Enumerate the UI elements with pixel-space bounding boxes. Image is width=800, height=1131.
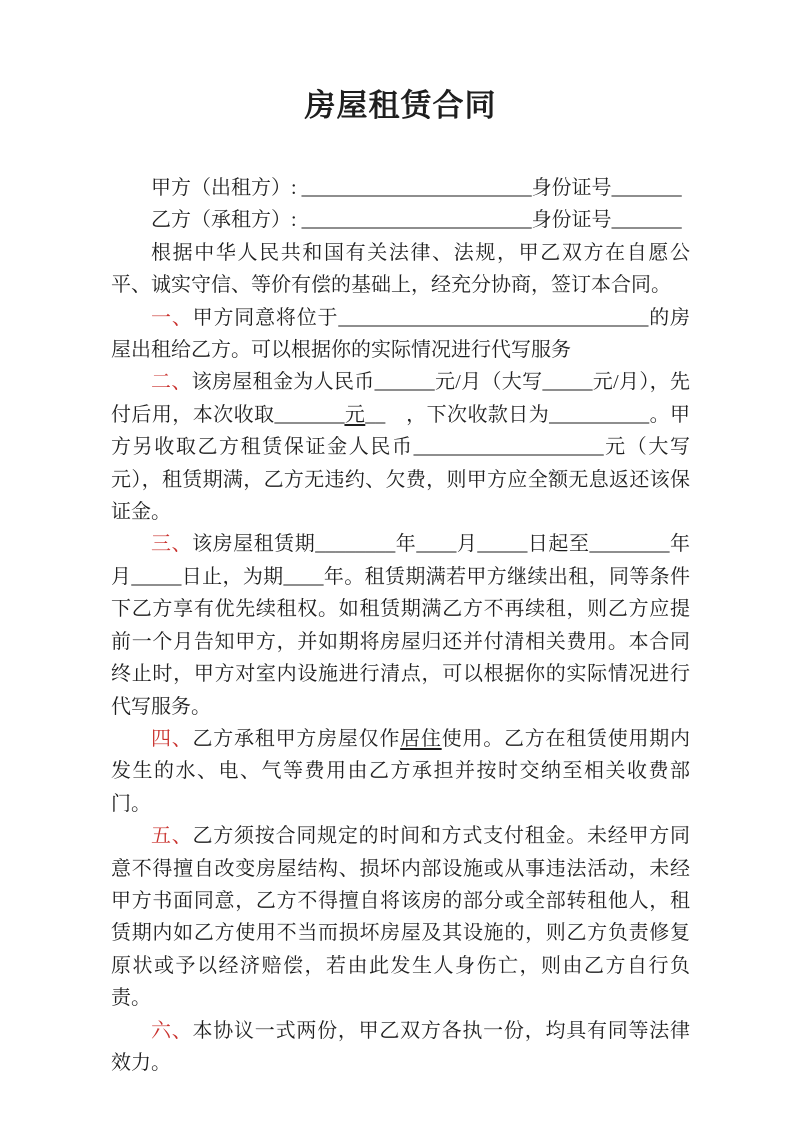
text-run: 年。租赁期满若甲方继续出租，同等条件下乙方享有优先续租权。如租赁期满乙方不再续租… — [111, 566, 690, 718]
clause-6: 六、本协议一式两份，甲乙双方各执一份，均具有同等法律效力。 — [111, 1015, 690, 1080]
text-run: 月 — [456, 533, 477, 555]
clause-1: 一、甲方同意将位于_______________________________… — [111, 302, 690, 367]
blank-field: ______ — [375, 371, 435, 393]
preamble: 根据中华人民共和国有关法律、法规，甲乙双方在自愿公平、诚实守信、等价有偿的基础上… — [111, 237, 690, 302]
blank-field: ____ — [284, 566, 324, 588]
blank-field: _______________________ — [302, 209, 532, 231]
text-run: 身份证号 — [532, 177, 612, 199]
underlined-term: 元 — [344, 404, 365, 426]
blank-field: ___________________ — [414, 436, 604, 458]
underlined-term: 居住 — [400, 728, 442, 750]
party-b-line: 乙方（承租方）: _______________________身份证号____… — [111, 204, 690, 236]
blank-field: __ — [365, 404, 385, 426]
blank-field: _______________________ — [302, 177, 532, 199]
blank-field: ____ — [416, 533, 456, 555]
clause-4: 四、乙方承租甲方房屋仅作居住使用。乙方在租赁使用期内发生的水、电、气等费用由乙方… — [111, 723, 690, 820]
section-number: 四、 — [151, 728, 193, 750]
blank-field: __________ — [549, 404, 649, 426]
section-number: 六、 — [151, 1020, 193, 1042]
contract-page: 房屋租赁合同 甲方（出租方）: _______________________身… — [0, 0, 800, 1131]
text-run: 身份证号 — [532, 209, 612, 231]
text-run: 甲方同意将位于 — [193, 307, 339, 329]
section-number: 三、 — [151, 533, 192, 555]
text-run: 本协议一式两份，甲乙双方各执一份，均具有同等法律效力。 — [111, 1020, 690, 1074]
section-number: 五、 — [151, 825, 193, 847]
blank-field: _____ — [542, 371, 592, 393]
blank-field: ________ — [590, 533, 670, 555]
clause-2: 二、该房屋租金为人民币______元/月（大写_____元/月），先付后用，本次… — [111, 366, 690, 528]
text-run: ，下次收款日为 — [385, 404, 549, 426]
text-run: 乙方承租甲方房屋仅作 — [193, 728, 401, 750]
text-run: 该房屋租赁期 — [192, 533, 315, 555]
text-run: 年 — [395, 533, 416, 555]
clause-5: 五、乙方须按合同规定的时间和方式支付租金。未经甲方同意不得擅自改变房屋结构、损坏… — [111, 820, 690, 1014]
text-run: 乙方（承租方）: — [151, 209, 302, 231]
document-title: 房屋租赁合同 — [111, 84, 690, 128]
text-run: 根据中华人民共和国有关法律、法规，甲乙双方在自愿公平、诚实守信、等价有偿的基础上… — [111, 242, 690, 296]
section-number: 一、 — [151, 307, 193, 329]
blank-field: _______________________________ — [338, 307, 648, 329]
blank-field: _______ — [612, 209, 682, 231]
blank-field: _____ — [477, 533, 527, 555]
text-run: 该房屋租金为人民币 — [192, 371, 375, 393]
text-run: 日止，为期 — [181, 566, 283, 588]
blank-field: _______ — [274, 404, 344, 426]
contract-body: 甲方（出租方）: _______________________身份证号____… — [111, 172, 690, 1079]
text-run: 日起至 — [527, 533, 589, 555]
blank-field: _______ — [612, 177, 682, 199]
blank-field: _____ — [131, 566, 181, 588]
party-a-line: 甲方（出租方）: _______________________身份证号____… — [111, 172, 690, 204]
section-number: 二、 — [151, 371, 192, 393]
blank-field: ________ — [315, 533, 395, 555]
clause-3: 三、该房屋租赁期________年____月_____日起至________年月… — [111, 528, 690, 722]
text-run: 元/月（大写 — [435, 371, 543, 393]
text-run: 乙方须按合同规定的时间和方式支付租金。未经甲方同意不得擅自改变房屋结构、损坏内部… — [111, 825, 690, 1009]
text-run: 甲方（出租方）: — [151, 177, 302, 199]
